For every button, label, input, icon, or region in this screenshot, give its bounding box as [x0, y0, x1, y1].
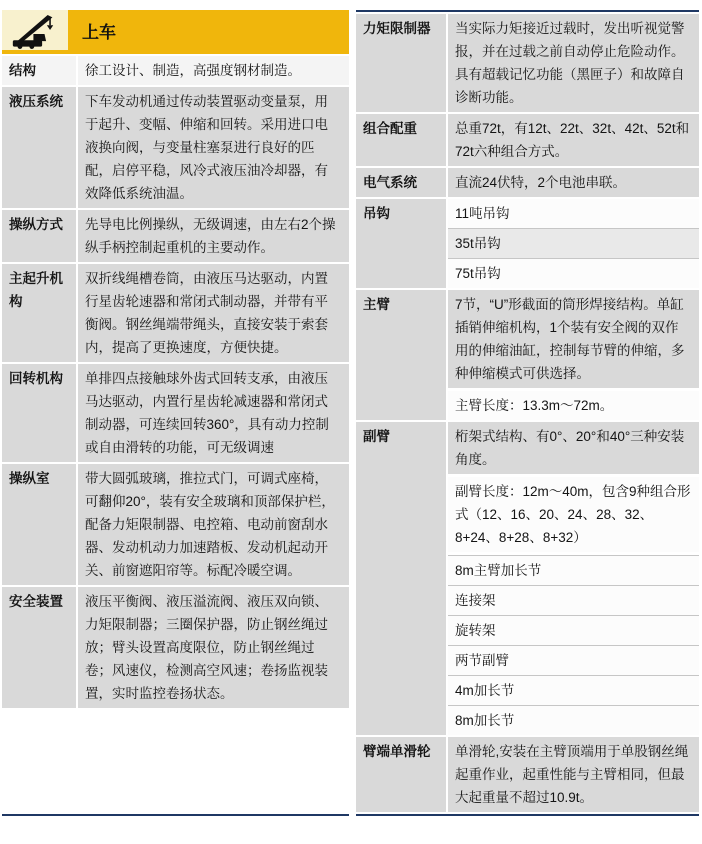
table-row-safety-devices: 安全装置 液压平衡阀、液压溢流阀、液压双向锁、力矩限制器；三圈保护器，防止钢丝绳…	[2, 587, 349, 708]
spec-value-stack: 当实际力矩接近过载时，发出听视觉警报，并在过载之前自动停止危险动作。具有超载记忆…	[448, 14, 699, 112]
spec-value: 单排四点接触球外齿式回转支承，由液压马达驱动，内置行星齿轮减速器和常闭式制动器，…	[78, 364, 349, 462]
table-row-main-hoist: 主起升机构 双折线绳槽卷筒，由液压马达驱动，内置行星齿轮速器和常闭式制动器，并带…	[2, 264, 349, 362]
spec-value: 副臂长度：12m～40m，包含9种组合形式（12、16、20、24、28、32、…	[448, 477, 699, 552]
table-row-electrical-system: 电气系统 直流24伏特，2个电池串联。	[356, 168, 699, 197]
spec-value-item: 11吨吊钩	[448, 199, 699, 228]
table-row-slewing: 回转机构 单排四点接触球外齿式回转支承，由液压马达驱动，内置行星齿轮减速器和常闭…	[2, 364, 349, 462]
crane-icon	[7, 11, 63, 49]
spec-label: 主起升机构	[2, 264, 76, 362]
spec-label: 回转机构	[2, 364, 76, 462]
table-row-moment-limiter: 力矩限制器 当实际力矩接近过载时，发出听视觉警报，并在过载之前自动停止危险动作。…	[356, 14, 699, 112]
spec-label: 臂端单滑轮	[356, 737, 446, 812]
spec-label: 主臂	[356, 290, 446, 420]
spec-value-stack: 单滑轮,安装在主臂顶端用于单股钢丝绳起重作业，起重性能与主臂相同，但最大起重量不…	[448, 737, 699, 812]
page-title: 上车	[70, 10, 349, 54]
left-column: 上车 结构 徐工设计、制造，高强度钢材制造。 液压系统 下车发动机通过传动装置驱…	[2, 10, 349, 816]
spec-label: 结构	[2, 56, 76, 85]
spec-label: 安全装置	[2, 587, 76, 708]
spec-value: 总重72t，有12t、22t、32t、42t、52t和72t六种组合方式。	[448, 114, 699, 166]
spec-value-item: 8m加长节	[448, 705, 699, 735]
crane-icon-cell	[2, 10, 68, 50]
spec-value: 液压平衡阀、液压溢流阀、液压双向锁、力矩限制器；三圈保护器，防止钢丝绳过放；臂头…	[78, 587, 349, 708]
spec-value: 主臂长度：13.3m～72m。	[448, 391, 699, 420]
spec-value-item: 35t吊钩	[448, 228, 699, 258]
spec-label: 操纵室	[2, 464, 76, 585]
spec-value: 徐工设计、制造，高强度钢材制造。	[78, 56, 349, 85]
table-row-hook: 吊钩 11吨吊钩 35t吊钩 75t吊钩	[356, 199, 699, 288]
spec-label: 副臂	[356, 422, 446, 735]
spec-value-stack: 7节，“U”形截面的筒形焊接结构。单缸插销伸缩机构，1个装有安全阀的双作用的伸缩…	[448, 290, 699, 420]
spec-value: 当实际力矩接近过载时，发出听视觉警报，并在过载之前自动停止危险动作。具有超载记忆…	[448, 14, 699, 112]
spec-value: 下车发动机通过传动装置驱动变量泵，用于起升、变幅、伸缩和回转。采用进口电液换向阀…	[78, 87, 349, 208]
spec-value-stack: 直流24伏特，2个电池串联。	[448, 168, 699, 197]
spec-value-stack: 总重72t，有12t、22t、32t、42t、52t和72t六种组合方式。	[448, 114, 699, 166]
spec-value: 带大圆弧玻璃，推拉式门，可调式座椅，可翻仰20°，装有安全玻璃和顶部保护栏，配备…	[78, 464, 349, 585]
table-row-hydraulic-system: 液压系统 下车发动机通过传动装置驱动变量泵，用于起升、变幅、伸缩和回转。采用进口…	[2, 87, 349, 208]
spec-sheet-page: 上车 结构 徐工设计、制造，高强度钢材制造。 液压系统 下车发动机通过传动装置驱…	[0, 0, 702, 816]
spec-value-item: 8m主臂加长节	[448, 555, 699, 585]
spec-label: 力矩限制器	[356, 14, 446, 112]
table-row-cab: 操纵室 带大圆弧玻璃，推拉式门，可调式座椅，可翻仰20°，装有安全玻璃和顶部保护…	[2, 464, 349, 585]
table-row-main-boom: 主臂 7节，“U”形截面的筒形焊接结构。单缸插销伸缩机构，1个装有安全阀的双作用…	[356, 290, 699, 420]
spec-value: 桁架式结构、有0°、20°和40°三种安装角度。	[448, 422, 699, 474]
spec-value: 单滑轮,安装在主臂顶端用于单股钢丝绳起重作业，起重性能与主臂相同，但最大起重量不…	[448, 737, 699, 812]
table-row-jib: 副臂 桁架式结构、有0°、20°和40°三种安装角度。 副臂长度：12m～40m…	[356, 422, 699, 735]
spec-value-item: 75t吊钩	[448, 258, 699, 288]
spec-value-stack: 桁架式结构、有0°、20°和40°三种安装角度。 副臂长度：12m～40m，包含…	[448, 422, 699, 735]
spec-label: 电气系统	[356, 168, 446, 197]
spec-value: 7节，“U”形截面的筒形焊接结构。单缸插销伸缩机构，1个装有安全阀的双作用的伸缩…	[448, 290, 699, 388]
spec-value: 直流24伏特，2个电池串联。	[448, 168, 699, 197]
right-column: 力矩限制器 当实际力矩接近过载时，发出听视觉警报，并在过载之前自动停止危险动作。…	[356, 10, 699, 816]
spec-label: 液压系统	[2, 87, 76, 208]
spec-value: 先导电比例操纵，无级调速，由左右2个操纵手柄控制起重机的主要动作。	[78, 210, 349, 262]
table-row-control-mode: 操纵方式 先导电比例操纵，无级调速，由左右2个操纵手柄控制起重机的主要动作。	[2, 210, 349, 262]
spec-value-stack: 11吨吊钩 35t吊钩 75t吊钩	[448, 199, 699, 288]
spec-value-item: 4m加长节	[448, 675, 699, 705]
spec-value-item: 两节副臂	[448, 645, 699, 675]
section-header: 上车	[2, 10, 349, 54]
table-row-boom-head-sheave: 臂端单滑轮 单滑轮,安装在主臂顶端用于单股钢丝绳起重作业，起重性能与主臂相同，但…	[356, 737, 699, 812]
spec-label: 吊钩	[356, 199, 446, 288]
table-row-structure: 结构 徐工设计、制造，高强度钢材制造。	[2, 56, 349, 85]
spec-value-item: 旋转架	[448, 615, 699, 645]
spec-value-item: 连接架	[448, 585, 699, 615]
spec-label: 操纵方式	[2, 210, 76, 262]
table-row-counterweight: 组合配重 总重72t，有12t、22t、32t、42t、52t和72t六种组合方…	[356, 114, 699, 166]
spec-value: 双折线绳槽卷筒，由液压马达驱动，内置行星齿轮速器和常闭式制动器，并带有平衡阀。钢…	[78, 264, 349, 362]
spec-label: 组合配重	[356, 114, 446, 166]
